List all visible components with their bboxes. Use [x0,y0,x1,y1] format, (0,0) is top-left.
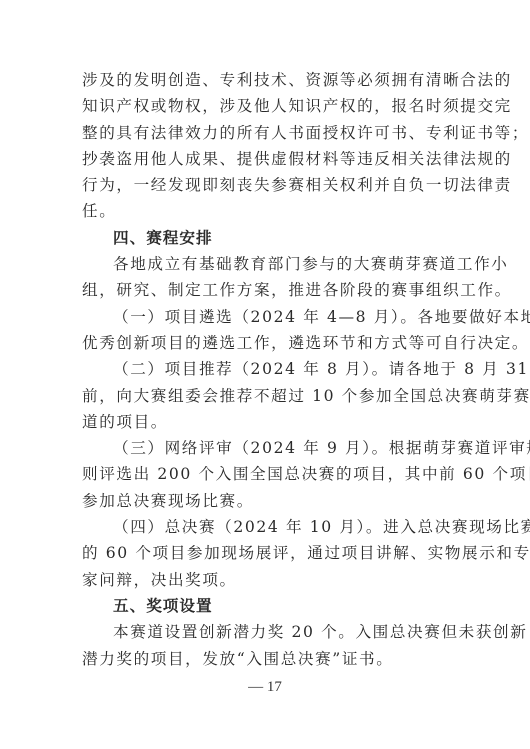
text-line: 潜力奖的项目，发放“入围总决赛”证书。 [82,646,452,672]
text-line: 知识产权或物权，涉及他人知识产权的，报名时须提交完 [82,93,452,119]
text-line: 家问辩，决出奖项。 [82,567,452,593]
section-heading-awards: 五、奖项设置 [82,593,452,619]
stage-2-title: （二）项目推荐（2024 年 8 月）。请各地于 8 月 31 日 [82,356,452,382]
document-page: 涉及的发明创造、专利技术、资源等必须拥有清晰合法的 知识产权或物权，涉及他人知识… [82,67,452,672]
text-line: 则评选出 200 个入围全国总决赛的项目，其中前 60 个项目 [82,461,452,487]
section-heading-schedule: 四、赛程安排 [82,225,452,251]
text-line: 整的具有法律效力的所有人书面授权许可书、专利证书等； [82,120,452,146]
page-number: — 17 [0,679,530,696]
text-line: 组，研究、制定工作方案，推进各阶段的赛事组织工作。 [82,277,452,303]
text-line: 优秀创新项目的遴选工作，遴选环节和方式等可自行决定。 [82,330,452,356]
text-line: 道的项目。 [82,409,452,435]
stage-1-title: （一）项目遴选（2024 年 4—8 月）。各地要做好本地 [82,304,452,330]
text-line: 参加总决赛现场比赛。 [82,488,452,514]
text-line: 本赛道设置创新潜力奖 20 个。入围总决赛但未获创新 [82,619,452,645]
text-line: 抄袭盗用他人成果、提供虚假材料等违反相关法律法规的 [82,146,452,172]
text-line: 前，向大赛组委会推荐不超过 10 个参加全国总决赛萌芽赛 [82,383,452,409]
text-line: 行为，一经发现即刻丧失参赛相关权利并自负一切法律责 [82,172,452,198]
text-line: 涉及的发明创造、专利技术、资源等必须拥有清晰合法的 [82,67,452,93]
stage-3-title: （三）网络评审（2024 年 9 月）。根据萌芽赛道评审规 [82,435,452,461]
text-line: 各地成立有基础教育部门参与的大赛萌芽赛道工作小 [82,251,452,277]
text-line: 任。 [82,198,452,224]
stage-4-title: （四）总决赛（2024 年 10 月）。进入总决赛现场比赛 [82,514,452,540]
text-line: 的 60 个项目参加现场展评，通过项目讲解、实物展示和专 [82,540,452,566]
